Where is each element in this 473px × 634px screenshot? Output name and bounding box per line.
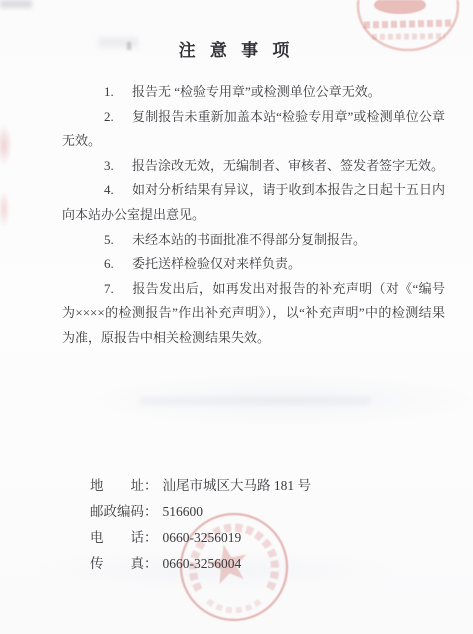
note-item-6: 6.委托送样检验仅对来样负责。 (62, 252, 445, 277)
contact-value: 516600 (163, 504, 204, 519)
document-page: 注 意 事 项 1.报告无 “检验专用章”或检测单位公章无效。 2.复制报告未重… (0, 0, 473, 634)
contact-address-row: 地 址：汕尾市城区大马路 181 号 (90, 473, 311, 499)
contact-value: 汕尾市城区大马路 181 号 (163, 478, 312, 493)
contact-label: 地 址 (90, 473, 144, 499)
contact-value: 0660-3256004 (163, 556, 242, 571)
scan-artifact (140, 398, 370, 404)
note-number: 5. (104, 228, 132, 253)
contact-zipcode-row: 邮政编码：516600 (90, 499, 311, 525)
note-text: 报告涂改无效，无编制者、审核者、签发者签字无效。 (132, 158, 444, 173)
contact-label: 电 话 (90, 525, 144, 551)
note-item-2: 2.复制报告未重新加盖本站“检验专用章”或检测单位公章无效。 (62, 105, 445, 154)
note-number: 6. (104, 252, 132, 277)
contact-block: 地 址：汕尾市城区大马路 181 号 邮政编码：516600 电 话：0660-… (90, 473, 311, 577)
note-item-1: 1.报告无 “检验专用章”或检测单位公章无效。 (62, 80, 445, 105)
contact-label: 传 真 (90, 551, 144, 577)
scan-artifact (0, 0, 32, 8)
note-item-5: 5.未经本站的书面批准不得部分复制报告。 (62, 228, 445, 253)
note-number: 4. (104, 178, 132, 203)
page-title: 注 意 事 项 (0, 36, 473, 61)
contact-colon: ： (144, 530, 158, 545)
contact-colon: ： (144, 556, 158, 571)
contact-phone-row: 电 话：0660-3256019 (90, 525, 311, 551)
contact-label: 邮政编码 (90, 499, 144, 525)
note-number: 2. (104, 105, 132, 130)
seal-bleed-artifact (0, 190, 10, 228)
note-number: 7. (104, 277, 132, 302)
contact-value: 0660-3256019 (163, 530, 242, 545)
note-number: 1. (104, 80, 132, 105)
note-text: 委托送样检验仅对来样负责。 (132, 256, 301, 271)
seal-bleed-artifact (0, 124, 12, 166)
note-item-7: 7.报告发出后，如再发出对报告的补充声明（对《“编号为××××的检测报告”作出补… (62, 277, 445, 351)
contact-colon: ： (144, 478, 158, 493)
notes-list: 1.报告无 “检验专用章”或检测单位公章无效。 2.复制报告未重新加盖本站“检验… (62, 80, 445, 351)
note-number: 3. (104, 154, 132, 179)
contact-fax-row: 传 真：0660-3256004 (90, 551, 311, 577)
contact-colon: ： (144, 504, 158, 519)
note-item-3: 3.报告涂改无效，无编制者、审核者、签发者签字无效。 (62, 154, 445, 179)
note-item-4: 4.如对分析结果有异议，请于收到本报告之日起十五日内向本站办公室提出意见。 (62, 178, 445, 227)
note-text: 未经本站的书面批准不得部分复制报告。 (132, 232, 366, 247)
note-text: 报告无 “检验专用章”或检测单位公章无效。 (132, 84, 381, 99)
